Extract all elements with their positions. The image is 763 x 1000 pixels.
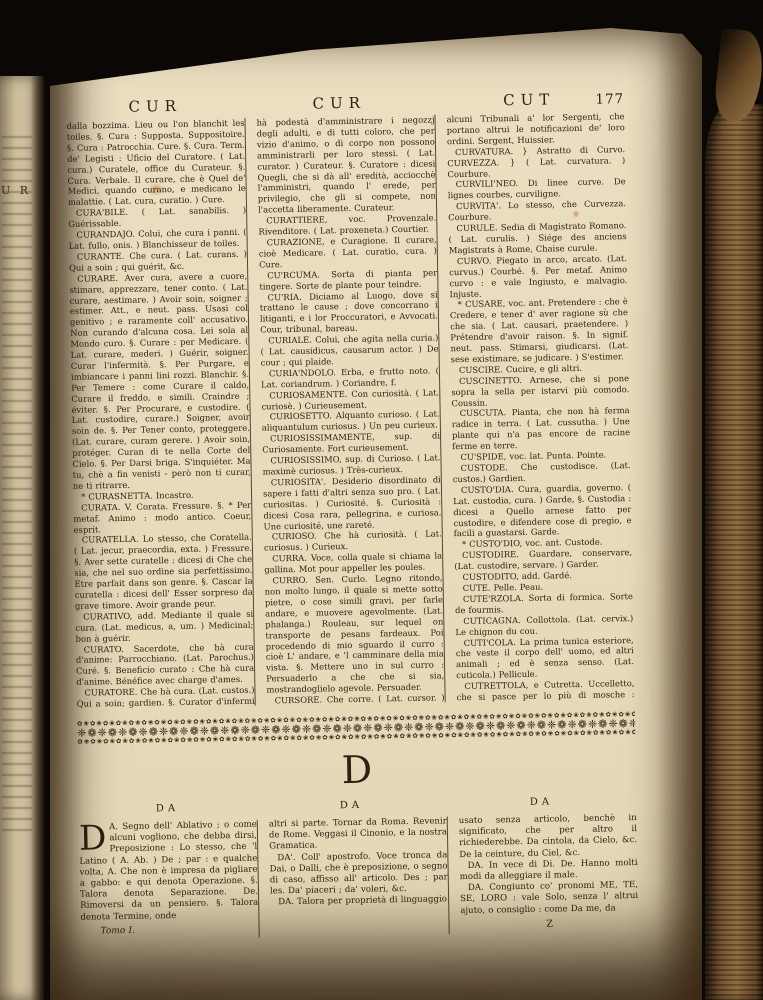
entry-text: CURRO. Sen. Curlo. Legno ritondo, non mo… (264, 572, 444, 695)
page-number: 177 (595, 91, 624, 107)
entry-text: alcuni Tribunali a' lor Sergenti, che po… (446, 111, 625, 147)
running-head-cur-1: CUR (66, 96, 244, 117)
entry-text: CUSTO'DIA. Cura, guardia, governo. ( Lat… (453, 482, 632, 540)
dictionary-columns: dalla bozzima. Lieu ou l'on blanchit les… (66, 111, 634, 709)
volume-footer: Tomo I. (101, 923, 259, 937)
entry-text: CURVATURA. } Astratto di Curvo. CURVEZZA… (447, 144, 626, 180)
facing-page-fragment: U R (1, 184, 31, 197)
entry-text: * CUSARE, voc. ant. Pretendere : che è C… (450, 297, 629, 366)
entry-text: CUTICAGNA. Collottola. (Lat. cervix.) Le… (455, 613, 633, 638)
entry-text: CURATA. V. Corata. Fressure. §. * Per me… (73, 499, 252, 535)
column-3: alcuni Tribunali a' lor Sergenti, che po… (434, 111, 634, 702)
facing-page-edge: U R (0, 76, 44, 1000)
entry-text: DA'. Coll' apostrofo. Voce tronca da Dai… (269, 850, 448, 898)
entry-text: CURIOSO. Che hà curiosità. ( Lat. curios… (264, 529, 442, 554)
running-head-cur-2: CUR (244, 92, 434, 113)
d-column-2: altri si parte. Tornar da Roma. Revenir … (257, 816, 449, 937)
page-content: CUR CUR CUT 177 dalla bozzima. Lieu ou l… (66, 85, 639, 941)
entry-text: CURANTE. Che cura. ( Lat. curans. ) Qui … (69, 249, 247, 274)
da-head-1: DA (78, 802, 256, 821)
entry-text: CURIALE. Colui, che agita nella curia.) … (260, 333, 439, 369)
entry-text: CURSORE. Che corre. ( Lat. cursor. ) Qui… (267, 692, 445, 705)
entry-text: CURIA'NDOLO. Erba, e frutto noto. ( Lat.… (261, 365, 439, 390)
entry-text: altri si parte. Tornar da Roma. Revenir … (269, 816, 448, 853)
entry-text: CUTI'COLA. La prima tunica esteriore, ch… (456, 635, 635, 682)
entry-text: CURULE. Sedia di Magistrato Romano. ( La… (448, 220, 627, 256)
column-1: dalla bozzima. Lieu ou l'on blanchit les… (66, 118, 254, 709)
entry-text: CUTE'RZOLA. Sorta di formica. Sorte de f… (455, 591, 633, 616)
entry-text: CURIOSETTO. Alquanto curioso. ( Lat. ali… (262, 409, 440, 434)
entry-text: CUSCUTA. Pianta, che non hà ferma radice… (452, 406, 631, 453)
entry-text: DA. In vece di Di. De. Hanno molti modi … (459, 858, 637, 884)
facing-page-text-fragments (2, 136, 32, 836)
d-column-3: usato senza articolo, benchè in signific… (447, 813, 639, 934)
entry-text: DA. Talora per proprietà di linguaggio (270, 895, 448, 909)
entry-text: CURVILI'NEO. Di linee curve. De lignes c… (448, 177, 626, 202)
entry-text: CURIOSITA'. Desiderio disordinato di sap… (263, 474, 442, 532)
entry-text: CURATORE. Che hà cura. (Lat. custos.) Qu… (76, 685, 254, 709)
entry-text: dalla bozzima. Lieu ou l'on blanchit les… (66, 118, 245, 208)
da-head-2: DA (256, 798, 446, 817)
entry-text: CURVO. Piegato in arco, arcato. (Lat. cu… (449, 253, 628, 300)
entry-text: CUSTODIRE. Guardare, conservare, (Lat. c… (454, 547, 632, 572)
section-letter: D (78, 743, 637, 799)
entry-text: CUSCINETTO. Arnese, che si pone sopra la… (451, 373, 630, 409)
entry-text: CURVITA'. Lo stesso, che Curvezza. Courb… (448, 198, 626, 223)
entry-text: hà podestà d'amministrare i negozzj degl… (256, 114, 436, 215)
entry-text: CURIOSISSIMO, sup. di Curioso. ( Lat. ma… (262, 452, 440, 477)
entry-text: CURIOSISSIMAMENTE, sup. di Curiosamente.… (262, 431, 440, 456)
entry-text: CUTRETTOLA, e Cutretta. Uccelletto, che … (456, 678, 634, 702)
entry-text: CU'RCUMA. Sorta di pianta per tingere. S… (259, 267, 437, 292)
entry-text: CURIOSAMENTE. Con curiosità. ( Lat. curi… (261, 387, 439, 412)
gathering-signature: Z (461, 917, 639, 931)
book-page: CUR CUR CUT 177 dalla bozzima. Lieu ou l… (50, 26, 702, 1000)
book-fore-edge (705, 104, 763, 1000)
drop-cap-d: D (79, 822, 110, 854)
entry-text: DA. Segno dell' Ablativo ; o come alcuni… (79, 820, 259, 938)
entry-text: usato senza articolo, benchè in signific… (459, 813, 638, 861)
entry-text: CURANDAJO. Colui, che cura i panni. ( La… (68, 227, 246, 252)
column-2: hà podestà d'amministrare i negozzj degl… (244, 114, 444, 705)
ornament-band: ✿❀✿❀✿❀✿❀✿❀✿❀✿❀✿❀✿❀✿❀✿❀✿❀✿❀✿❀✿❀✿❀✿❀✿❀✿❀✿❀… (77, 711, 635, 745)
entry-text: CURATIVO, add. Mediante il quale si cura… (75, 608, 254, 644)
entry-text: CURATELLA. Lo stesso, che Coratella. ( L… (74, 532, 253, 611)
entry-text: CURAZIONE, e Curagione. Il curare, cioè … (259, 234, 438, 270)
d-column-1: DA. Segno dell' Ablativo ; o come alcuni… (79, 820, 259, 941)
section-d-columns: DA. Segno dell' Ablativo ; o come alcuni… (79, 813, 639, 941)
entry-text: CURA'BILE. ( Lat. sanabilis. ) Guérissab… (68, 205, 246, 230)
da-head-3: DA (446, 795, 636, 814)
entry-text: CURATTIERE, voc. Provenzale. Rivenditore… (258, 213, 436, 238)
entry-text: CU'RIA. Diciamo al Luogo, dove si tratta… (260, 289, 439, 336)
entry-text: CURATO. Sacerdote, che hà cura d'anime: … (76, 641, 255, 688)
book-photo: { "colors":{"photo-bg":"#0b0705","page-b… (0, 0, 763, 1000)
entry-text: DA. Congiunto co' pronomi ME, TE, SE, LO… (460, 880, 639, 917)
entry-text: CUSTODE. Che custodisce. (Lat. custos.) … (453, 460, 631, 485)
entry-text: CURRA. Voce, colla quale si chiama la ga… (264, 551, 442, 576)
entry-text: CURARE. Aver cura, avere a cuore, stimar… (69, 270, 251, 491)
